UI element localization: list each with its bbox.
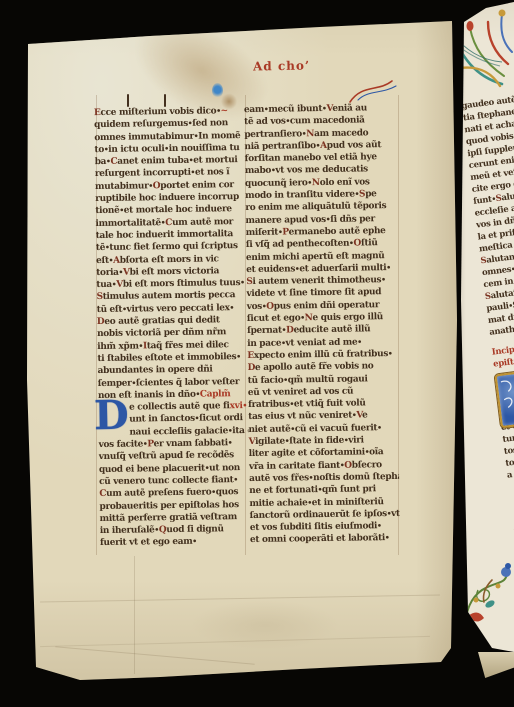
text-segment: ermanebo autẽ ephe — [289, 226, 386, 237]
text-segment: pe — [365, 189, 376, 199]
ascender-stroke — [127, 94, 129, 107]
text-segment: cũ venero tunc collecte fiant∙ — [99, 475, 238, 487]
text-segment: uod ſi dignũ — [166, 524, 223, 535]
text-segment: timulus autem mortis pecca — [103, 291, 236, 303]
text-line: tẽ∙tunc fiet ſermo qui ſcriptus — [96, 240, 246, 254]
parchment-crease — [134, 556, 135, 674]
parchment-crease — [55, 646, 254, 664]
text-segment: e quis ergo illũ — [312, 312, 383, 323]
illuminated-initial-p — [495, 371, 514, 428]
text-segment: forſitan manebo vel etiã hye — [245, 152, 377, 164]
text-segment: niet autẽ∙cũ ei vacuũ fuerit∙ — [248, 423, 381, 435]
text-segment: ruptibile hoc induere incorrup — [95, 192, 239, 204]
text-segment: probaueritis per epiſtolas hos — [99, 500, 238, 512]
text-segment: eam∙mecũ ibunt∙ — [244, 104, 327, 115]
text-segment: Caplm̃ — [200, 389, 231, 399]
text-segment: eũ vt veniret ad vos cũ — [248, 386, 353, 397]
text-segment: ſpernat∙ — [247, 326, 286, 337]
text-segment: videte vt ſine timore ſit apud — [246, 288, 381, 300]
text-segment: liter agite et cõfortamini∙oĩa — [249, 447, 384, 459]
text-segment: mutabimur∙ — [95, 181, 153, 192]
text-segment: in iheruſalẽ∙ — [100, 525, 159, 536]
text-segment: e collectis autẽ que fi — [129, 401, 230, 412]
text-segment: et vos ſubditi ſitis eiuſmodi∙ — [250, 521, 382, 533]
text-segment: vr̃a in caritate fiant∙ — [249, 460, 344, 471]
text-segment: N — [312, 178, 320, 188]
text-segment: educite autẽ illũ — [293, 325, 370, 336]
text-line: ti ſtabiles eſtote et immobiles∙ — [97, 351, 247, 365]
text-segment: um autẽ mor — [172, 217, 233, 228]
text-segment: olo enĩ vos — [320, 177, 370, 188]
text-line: Expecto enim illũ cũ fratribus∙ — [247, 348, 397, 362]
text-column-left: Ecce miſterium vobis dico∙~quidem reſurg… — [94, 105, 250, 553]
text-segment: tua∙ — [96, 280, 116, 290]
text-segment: cce miſterium vobis dico∙ — [100, 106, 220, 118]
text-line: mittã perferre gratiã veſtram — [100, 511, 250, 525]
text-segment: modo in tranſitu videre∙ — [245, 190, 359, 202]
text-segment: reſurgent incorrupti∙et nos ĩ — [95, 168, 230, 180]
text-segment: nobis victoriã per dñm nr̃m — [97, 328, 226, 340]
parchment-crease — [40, 636, 430, 647]
text-segment: e apollo autẽ fr̃e vobis no — [255, 362, 374, 374]
text-segment: bſorta eſt mors in vic — [120, 254, 219, 265]
text-line: autẽ vos fr̃es∙noſtis domũ ſtepha — [249, 471, 399, 485]
text-segment: N — [306, 129, 314, 139]
text-segment: bi eſt mors victoria — [130, 266, 220, 277]
text-segment: am macedo — [314, 128, 368, 139]
text-segment: in pace∙vt veniat ad me∙ — [247, 337, 362, 349]
text-segment: tẽ∙tunc fiet ſermo qui ſcriptus — [96, 241, 238, 253]
recto-text-area: gaudeo autẽ in preſentia ſtephane et for… — [461, 86, 514, 551]
text-segment: ſemper∙ſcientes q̃ labor veſter — [98, 377, 240, 389]
text-segment: miſerit∙ — [246, 228, 283, 239]
text-segment: tẽ ad vos∙cum macedoniã — [244, 116, 365, 128]
text-segment: Q — [159, 525, 167, 535]
text-line: et omni cooperãti et laborãti∙ — [250, 532, 400, 546]
text-segment: et euidens∙et aduerſarii multi∙ — [246, 263, 391, 275]
penwork-flourish-icon — [348, 78, 400, 104]
text-segment: ſi vſq̃ ad penthecoſten∙ — [246, 239, 354, 251]
text-segment: e — [362, 411, 368, 421]
text-segment: ~ — [221, 106, 228, 116]
text-segment: to∙in ictu oculi∙in nouiſſima tu — [94, 143, 239, 155]
chapter-initial-d: D — [94, 398, 127, 437]
text-segment: ti ſtabiles eſtote et immobiles∙ — [97, 352, 240, 364]
running-header: Ad cho’ — [253, 59, 310, 74]
text-segment: niã pertranſibo∙ — [244, 141, 320, 152]
text-segment: ſtiũ — [361, 238, 378, 248]
text-segment: ihm̃ xp̃m∙ — [97, 341, 143, 352]
text-segment: abundantes in opere dñi — [98, 365, 213, 377]
text-segment: N — [305, 313, 313, 323]
text-segment: ſicut et ego∙ — [247, 313, 305, 324]
text-line: niet autẽ∙cũ ei vacuũ fuerit∙ — [248, 422, 398, 436]
text-segment: igilate∙ſtate in fide∙viri — [255, 435, 364, 447]
text-segment: fratribus∙et vtiq̃ fuit volũ — [248, 399, 366, 411]
text-segment: eo autẽ gratias qui dedit — [104, 315, 219, 327]
text-column-right: eam∙mecũ ibunt∙Veniã autẽ ad vos∙cum ma… — [244, 102, 400, 553]
text-line: tũ eſt∙virtus vero peccati lex∙ — [97, 302, 247, 316]
text-segment: anet enim tuba∙et mortui — [117, 155, 237, 167]
acanthus-spray-top — [444, 4, 514, 92]
text-segment: ba∙ — [95, 157, 111, 167]
text-segment: eniã au — [332, 103, 367, 113]
text-segment: um autẽ preſens fuero∙quos — [106, 487, 238, 499]
text-segment: mabo∙vt vos me deducatis — [245, 165, 368, 177]
text-segment: tionẽ∙et mortale hoc induere — [95, 205, 232, 217]
text-segment: vos facite∙ — [99, 439, 148, 450]
text-segment: pud vos aũt — [327, 140, 382, 151]
text-line: ſicut et ego∙Ne quis ergo illũ — [247, 311, 397, 325]
text-segment: vos∙ — [247, 302, 267, 312]
recto-text-block: gaudeo autẽ in preſentia ſtephane et for… — [461, 86, 514, 339]
verso-page: Ad cho’ Ecce miſterium vobis dico∙~quide… — [0, 0, 462, 707]
text-segment: tas eius vt nũc veniret∙ — [248, 411, 356, 423]
text-segment: tũ eſt∙virtus vero peccati lex∙ — [97, 303, 234, 315]
text-segment: et omni cooperãti et laborãti∙ — [250, 533, 389, 545]
text-segment: D — [286, 326, 294, 336]
text-segment: manere apud vos∙ſi dñs per — [245, 214, 375, 226]
text-segment: xpecto enim illũ cũ fratribus∙ — [254, 349, 393, 361]
text-segment: enim michi apertũ eſt magnũ — [246, 251, 385, 263]
text-segment: fuerit vt et ego eam∙ — [100, 537, 197, 548]
manuscript-photo: Ad cho’ Ecce miſterium vobis dico∙~quide… — [0, 0, 514, 707]
prologue-block: oſt actam penitẽtiam cõſolatoriãſcribit… — [495, 360, 514, 482]
text-segment: tale hoc induerit immortalita — [96, 229, 233, 241]
text-segment: omnes immutabimur∙In momẽ — [94, 131, 240, 143]
text-segment: xvi∙ — [230, 401, 247, 411]
text-segment: eſt∙ — [96, 255, 113, 265]
parchment-crease — [40, 595, 440, 603]
text-segment: mittã perferre gratiã veſtram — [100, 512, 237, 524]
text-segment: naui eccleſiis galacie∙ita et — [129, 426, 248, 438]
text-line: fuerit vt et ego eam∙ — [100, 535, 250, 549]
text-segment: quod ei bene placuerit∙ut non — [99, 463, 240, 475]
text-segment: tũ facio∙qm̃ multũ rogaui — [248, 374, 368, 386]
blue-pigment-spot — [212, 83, 223, 98]
text-segment: ro enim me aliquãtulũ tẽporis — [245, 201, 386, 213]
text-segment: quidem reſurgemus∙ſed non — [94, 118, 228, 130]
text-segment: pus enim dñi operatur — [274, 300, 380, 311]
text-segment: pertranſiero∙ — [244, 129, 306, 140]
text-segment: portet enim cor — [160, 180, 234, 191]
underlying-page-edge — [478, 652, 514, 678]
text-segment: toria∙ — [96, 268, 123, 278]
text-segment: immortalitatẽ∙ — [95, 218, 165, 229]
text-segment: unt in ſanctos∙ſicut ordi — [129, 413, 243, 425]
text-segment: autẽ vos fr̃es∙noſtis domũ ſtepha — [249, 472, 399, 484]
text-segment: vnuſq̃ veſtrũ apud ſe recõdẽs — [99, 450, 234, 462]
text-segment: taq̃ fr̃es mei dilec — [147, 340, 229, 351]
text-segment: i autem venerit thimotheus∙ — [252, 275, 385, 287]
text-segment: er vnam ſabbati∙ — [153, 438, 232, 449]
text-segment: mitie achaie∙et in miniſteriũ — [249, 497, 383, 509]
text-segment: bi eſt mors ſtimulus tuus∙ — [123, 278, 245, 290]
text-segment: ne et fortunati∙qm̃ ſunt pri — [249, 484, 376, 496]
text-segment: O — [344, 460, 352, 470]
text-segment: quocunq̃ iero∙ — [245, 178, 312, 189]
ascender-stroke — [164, 94, 166, 107]
vine-border-bottom — [448, 556, 512, 656]
text-segment: ſanctorũ ordinauerũt ſe ipſos∙vt — [250, 509, 400, 521]
text-segment: bſecro — [352, 460, 382, 470]
